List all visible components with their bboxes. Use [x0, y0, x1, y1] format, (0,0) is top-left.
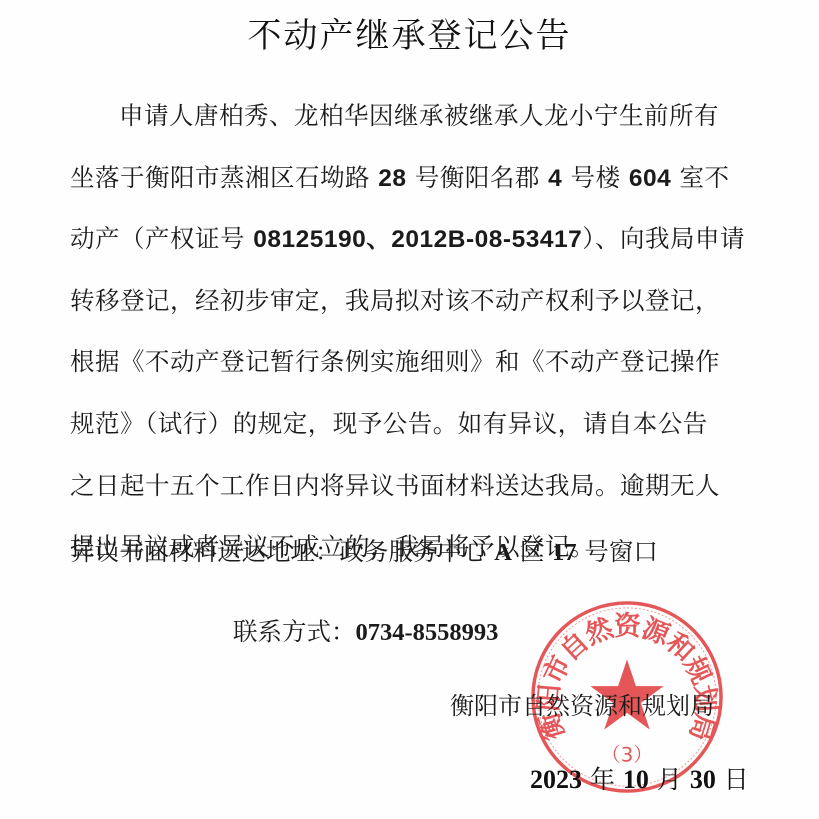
address-value-pre: 政务服务中心	[340, 537, 495, 566]
body-text: 转移登记，经初步审定，我局拟对该不动产权利予以登记，	[70, 286, 720, 315]
date-day: 30	[690, 765, 716, 794]
body-text: 规范》（试行）的规定，现予公告。如有异议，请自本公告	[70, 409, 708, 438]
address-label: 异议书面材料送达地址：	[70, 537, 340, 566]
address-value-post: 号窗口	[577, 537, 658, 566]
body-number: 4	[548, 165, 562, 192]
body-text: 申请人唐柏秀、龙柏华因继承被继承人龙小宁生前所有	[119, 101, 719, 130]
notice-page: 不动产继承登记公告 申请人唐柏秀、龙柏华因继承被继承人龙小宁生前所有坐落于衡阳市…	[0, 0, 819, 819]
body-text: 号衡阳名郡	[407, 163, 549, 192]
date-month: 10	[623, 765, 649, 794]
address-window-number: 17	[552, 539, 577, 566]
notice-body-line: 转移登记，经初步审定，我局拟对该不动产权利予以登记，	[70, 282, 770, 317]
date-year: 2023	[530, 765, 582, 794]
objection-address: 异议书面材料送达地址：政务服务中心 A 区 17 号窗口	[70, 533, 658, 568]
body-text: 室不	[671, 163, 729, 192]
issue-date: 2023 年 10 月 30 日	[530, 760, 749, 796]
body-text: 根据《不动产登记暂行条例实施细则》和《不动产登记操作	[70, 347, 720, 376]
body-number: 08125190、2012B-08-53417	[253, 226, 582, 253]
date-day-unit: 日	[716, 765, 749, 794]
body-text: 号楼	[562, 163, 629, 192]
contact-label: 联系方式：	[233, 617, 356, 646]
issuing-authority: 衡阳市自然资源和规划局	[450, 686, 714, 721]
date-month-unit: 月	[649, 765, 690, 794]
contact-phone: 0734-8558993	[356, 619, 499, 646]
notice-body-line: 之日起十五个工作日内将异议书面材料送达我局。逾期无人	[70, 467, 770, 502]
body-text: 之日起十五个工作日内将异议书面材料送达我局。逾期无人	[70, 471, 720, 500]
contact-info: 联系方式：0734-8558993	[233, 613, 498, 648]
address-value-mid: 区	[512, 537, 552, 566]
body-text: 动产（产权证号	[70, 224, 253, 253]
notice-body-line: 根据《不动产登记暂行条例实施细则》和《不动产登记操作	[70, 343, 770, 378]
body-text: ）、向我局申请	[582, 224, 745, 253]
notice-body-line: 动产（产权证号 08125190、2012B-08-53417）、向我局申请	[70, 220, 770, 255]
body-number: 28	[378, 165, 406, 192]
page-title: 不动产继承登记公告	[0, 8, 819, 57]
body-text: 坐落于衡阳市蒸湘区石坳路	[70, 163, 378, 192]
notice-body-line: 坐落于衡阳市蒸湘区石坳路 28 号衡阳名郡 4 号楼 604 室不	[70, 159, 770, 194]
body-number: 604	[629, 165, 671, 192]
notice-body-line: 规范》（试行）的规定，现予公告。如有异议，请自本公告	[70, 405, 770, 440]
notice-body-line: 申请人唐柏秀、龙柏华因继承被继承人龙小宁生前所有	[119, 97, 819, 132]
address-area: A	[494, 539, 512, 566]
date-year-unit: 年	[582, 765, 623, 794]
